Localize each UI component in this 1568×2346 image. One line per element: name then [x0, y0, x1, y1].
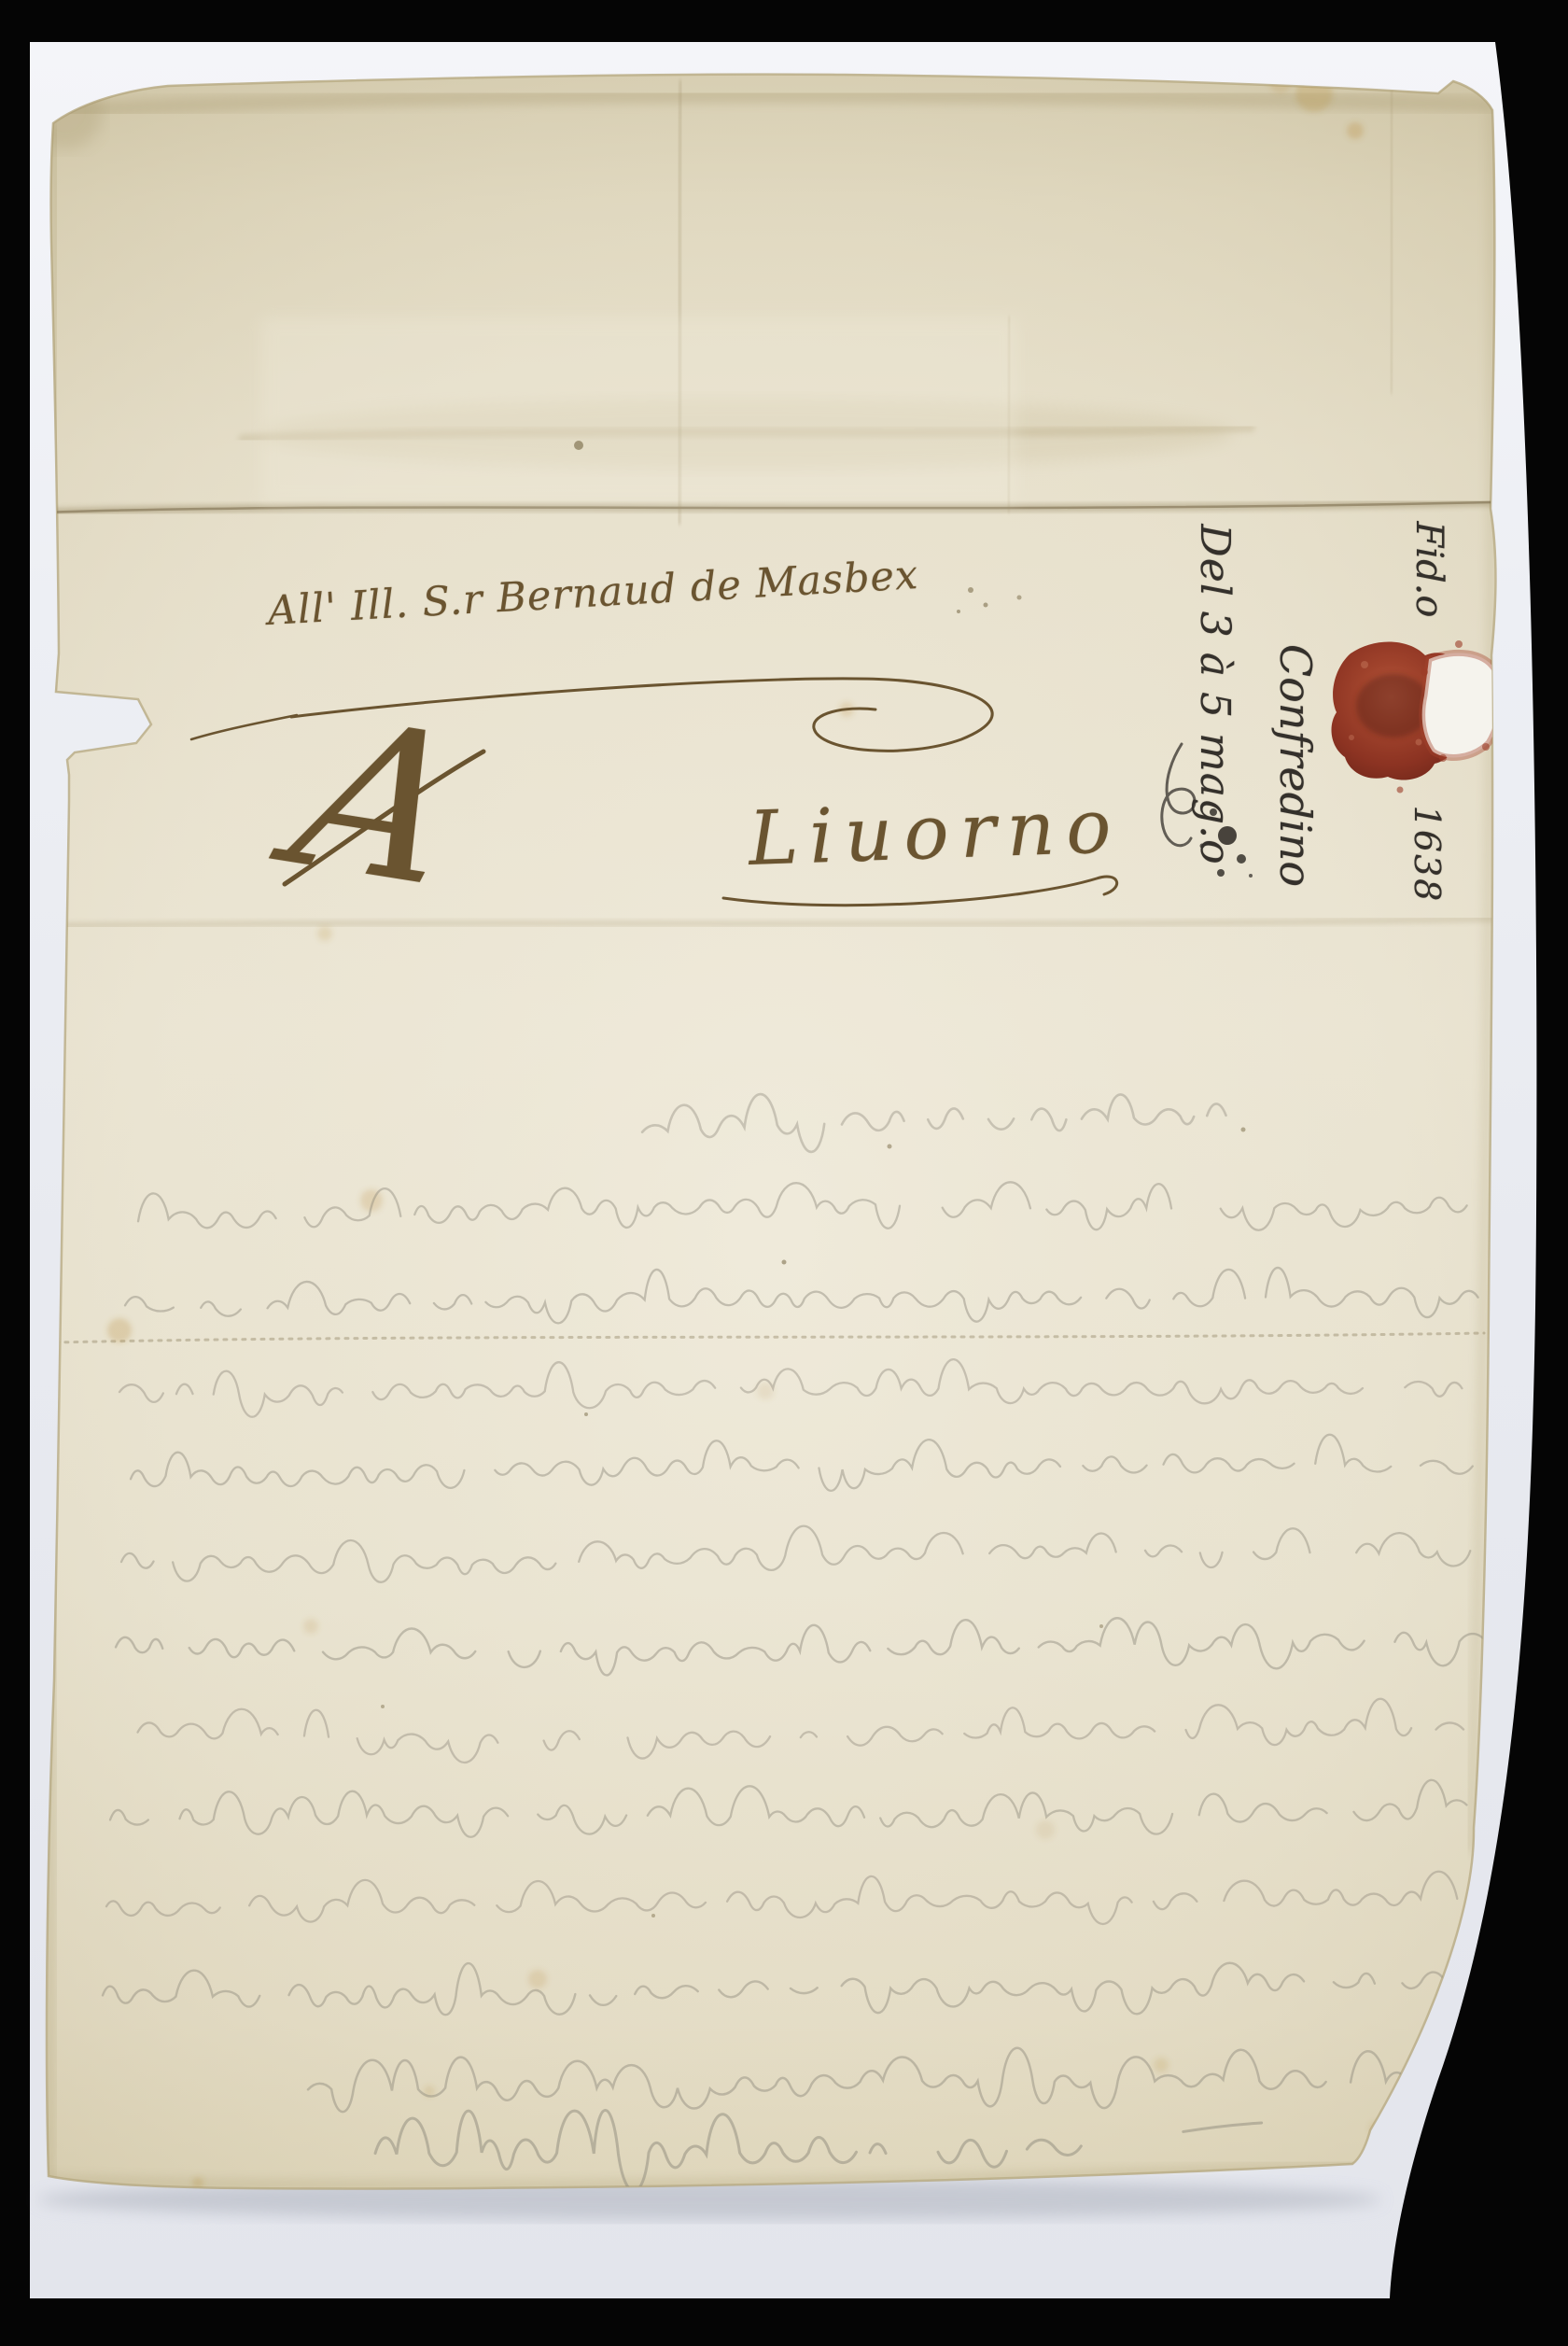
- address-city: Liuorno: [747, 782, 1123, 882]
- docket-date-note: Del 3 à 5 mag.o: [1188, 508, 1239, 881]
- photo-art: [0, 0, 1568, 2346]
- letter-photograph: All' Ill. S.r Bernaud de Masbex A Liuorn…: [0, 0, 1568, 2346]
- docket-corner-mark: Fid.o: [1409, 509, 1450, 630]
- docket-sender: Confredino: [1270, 625, 1321, 906]
- seal-torn-patch: [1422, 653, 1501, 757]
- docket-year: 1638: [1405, 794, 1448, 915]
